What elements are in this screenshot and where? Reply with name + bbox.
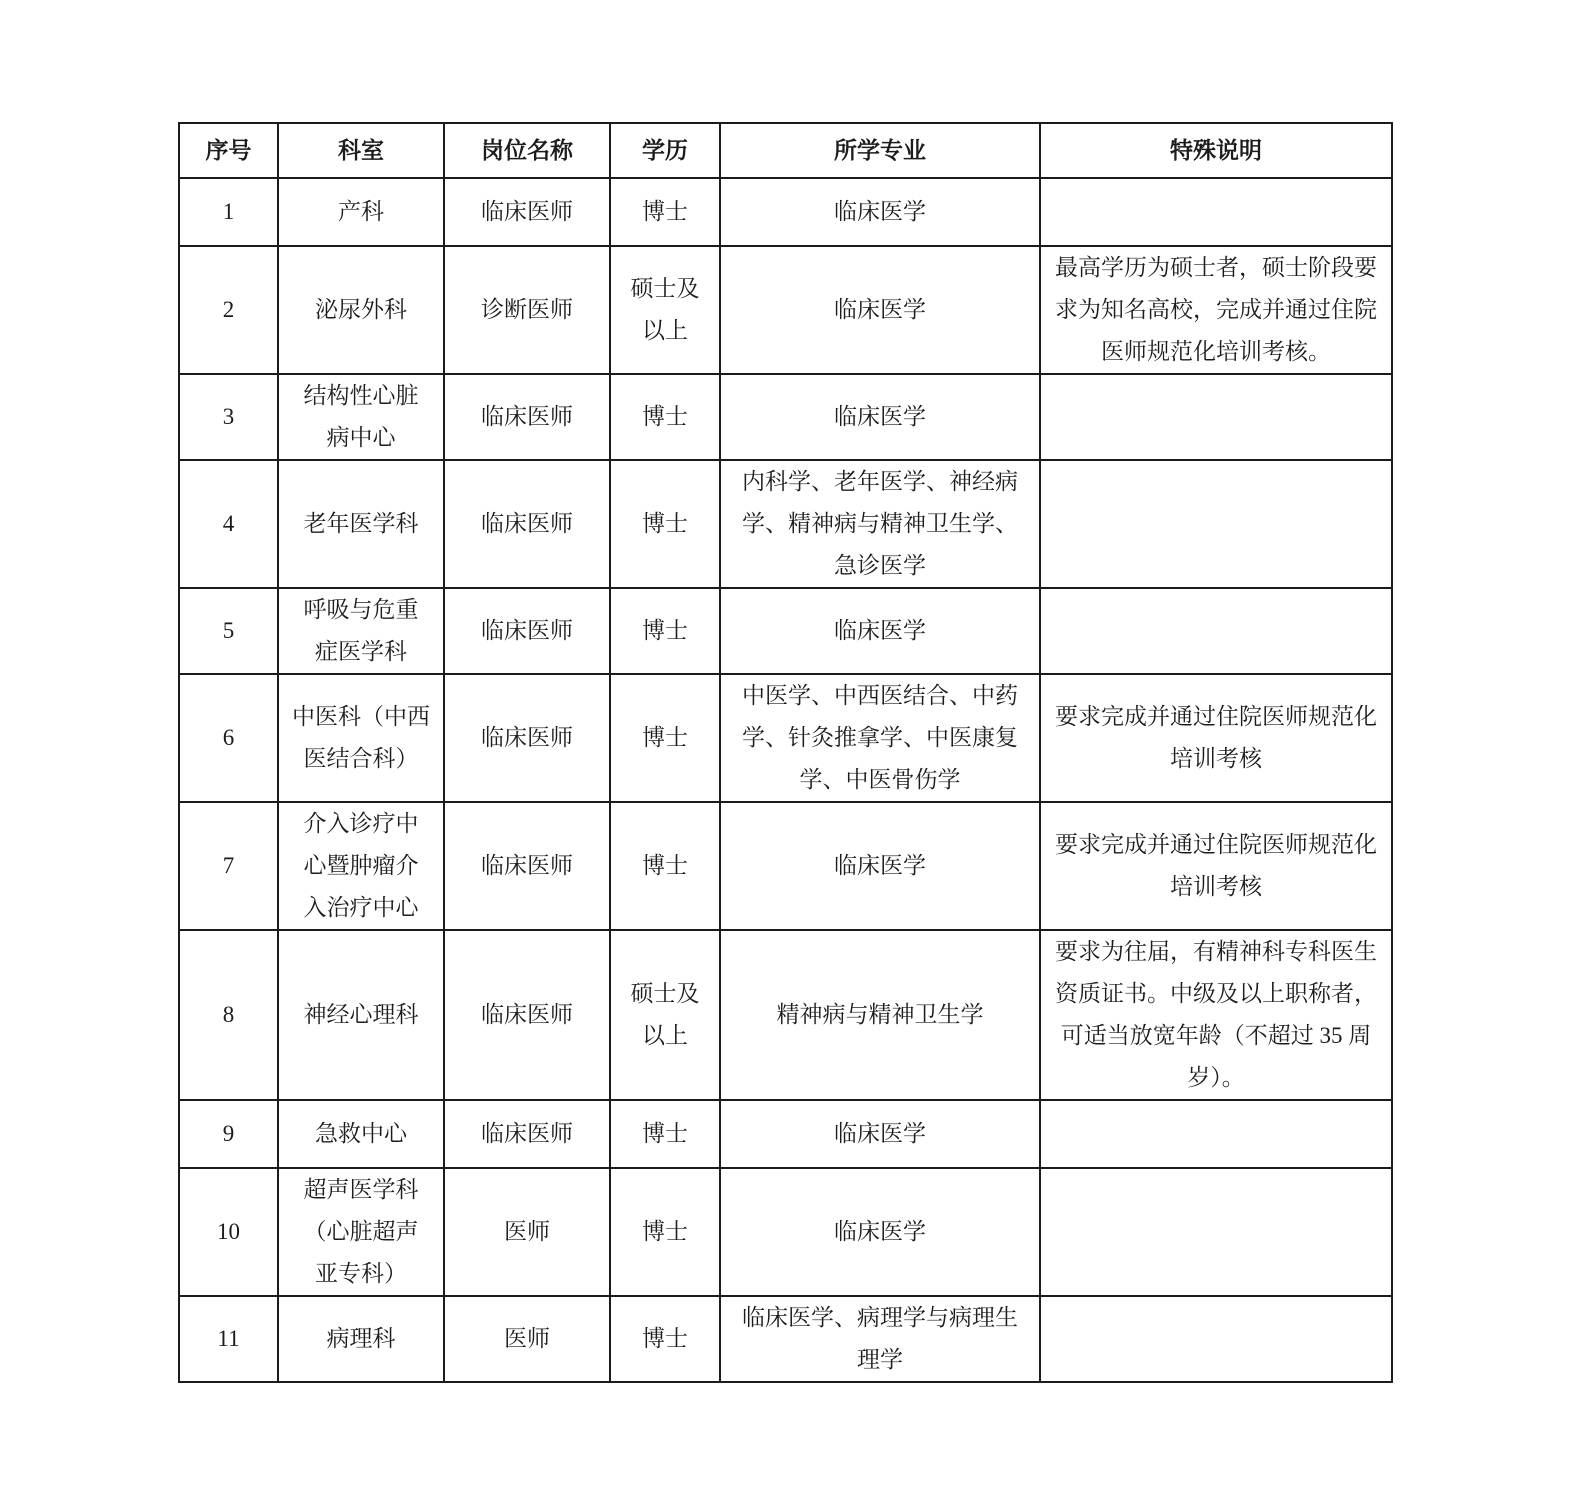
col-header-position: 岗位名称 <box>444 123 610 178</box>
cell-no: 2 <box>179 246 278 374</box>
cell-notes <box>1040 588 1392 674</box>
recruitment-positions-table: 序号 科室 岗位名称 学历 所学专业 特殊说明 1 产科 临床医师 博士 临床医… <box>178 122 1393 1383</box>
cell-degree: 博士 <box>610 1100 720 1168</box>
cell-dept: 老年医学科 <box>278 460 444 588</box>
cell-dept: 神经心理科 <box>278 930 444 1100</box>
table-row: 4 老年医学科 临床医师 博士 内科学、老年医学、神经病 学、精神病与精神卫生学… <box>179 460 1392 588</box>
table-row: 2 泌尿外科 诊断医师 硕士及 以上 临床医学 最高学历为硕士者，硕士阶段要 求… <box>179 246 1392 374</box>
cell-position: 临床医师 <box>444 588 610 674</box>
cell-no: 5 <box>179 588 278 674</box>
cell-position: 临床医师 <box>444 178 610 246</box>
cell-position: 诊断医师 <box>444 246 610 374</box>
col-header-notes: 特殊说明 <box>1040 123 1392 178</box>
table-row: 9 急救中心 临床医师 博士 临床医学 <box>179 1100 1392 1168</box>
cell-major: 临床医学、病理学与病理生 理学 <box>720 1296 1040 1382</box>
cell-no: 6 <box>179 674 278 802</box>
table-row: 1 产科 临床医师 博士 临床医学 <box>179 178 1392 246</box>
header-row: 序号 科室 岗位名称 学历 所学专业 特殊说明 <box>179 123 1392 178</box>
cell-degree: 硕士及 以上 <box>610 246 720 374</box>
table-row: 5 呼吸与危重 症医学科 临床医师 博士 临床医学 <box>179 588 1392 674</box>
cell-no: 1 <box>179 178 278 246</box>
cell-notes: 要求完成并通过住院医师规范化 培训考核 <box>1040 802 1392 930</box>
table-row: 7 介入诊疗中 心暨肿瘤介 入治疗中心 临床医师 博士 临床医学 要求完成并通过… <box>179 802 1392 930</box>
cell-position: 临床医师 <box>444 374 610 460</box>
cell-major: 临床医学 <box>720 374 1040 460</box>
cell-no: 9 <box>179 1100 278 1168</box>
table-row: 8 神经心理科 临床医师 硕士及 以上 精神病与精神卫生学 要求为往届，有精神科… <box>179 930 1392 1100</box>
cell-notes: 要求完成并通过住院医师规范化 培训考核 <box>1040 674 1392 802</box>
col-header-degree: 学历 <box>610 123 720 178</box>
cell-no: 3 <box>179 374 278 460</box>
cell-major: 临床医学 <box>720 178 1040 246</box>
cell-degree: 博士 <box>610 178 720 246</box>
table-body: 1 产科 临床医师 博士 临床医学 2 泌尿外科 诊断医师 硕士及 以上 临床医… <box>179 178 1392 1382</box>
table-row: 3 结构性心脏 病中心 临床医师 博士 临床医学 <box>179 374 1392 460</box>
cell-degree: 硕士及 以上 <box>610 930 720 1100</box>
cell-no: 7 <box>179 802 278 930</box>
cell-dept: 病理科 <box>278 1296 444 1382</box>
cell-dept: 结构性心脏 病中心 <box>278 374 444 460</box>
col-header-dept: 科室 <box>278 123 444 178</box>
cell-dept: 泌尿外科 <box>278 246 444 374</box>
cell-dept: 产科 <box>278 178 444 246</box>
table-row: 10 超声医学科 （心脏超声 亚专科） 医师 博士 临床医学 <box>179 1168 1392 1296</box>
cell-position: 临床医师 <box>444 802 610 930</box>
cell-degree: 博士 <box>610 460 720 588</box>
cell-major: 中医学、中西医结合、中药 学、针灸推拿学、中医康复 学、中医骨伤学 <box>720 674 1040 802</box>
table-row: 6 中医科（中西 医结合科） 临床医师 博士 中医学、中西医结合、中药 学、针灸… <box>179 674 1392 802</box>
cell-position: 临床医师 <box>444 460 610 588</box>
cell-no: 11 <box>179 1296 278 1382</box>
cell-dept: 介入诊疗中 心暨肿瘤介 入治疗中心 <box>278 802 444 930</box>
cell-major: 临床医学 <box>720 588 1040 674</box>
cell-no: 10 <box>179 1168 278 1296</box>
cell-degree: 博士 <box>610 1168 720 1296</box>
cell-notes <box>1040 1100 1392 1168</box>
table-row: 11 病理科 医师 博士 临床医学、病理学与病理生 理学 <box>179 1296 1392 1382</box>
cell-major: 临床医学 <box>720 246 1040 374</box>
cell-notes <box>1040 460 1392 588</box>
cell-degree: 博士 <box>610 374 720 460</box>
cell-notes <box>1040 178 1392 246</box>
cell-degree: 博士 <box>610 588 720 674</box>
cell-major: 临床医学 <box>720 802 1040 930</box>
cell-dept: 超声医学科 （心脏超声 亚专科） <box>278 1168 444 1296</box>
cell-position: 临床医师 <box>444 930 610 1100</box>
cell-degree: 博士 <box>610 802 720 930</box>
cell-no: 8 <box>179 930 278 1100</box>
cell-notes <box>1040 1168 1392 1296</box>
cell-degree: 博士 <box>610 1296 720 1382</box>
cell-no: 4 <box>179 460 278 588</box>
cell-notes: 最高学历为硕士者，硕士阶段要 求为知名高校，完成并通过住院 医师规范化培训考核。 <box>1040 246 1392 374</box>
cell-dept: 急救中心 <box>278 1100 444 1168</box>
cell-major: 精神病与精神卫生学 <box>720 930 1040 1100</box>
cell-notes <box>1040 374 1392 460</box>
cell-dept: 呼吸与危重 症医学科 <box>278 588 444 674</box>
col-header-no: 序号 <box>179 123 278 178</box>
cell-position: 医师 <box>444 1168 610 1296</box>
cell-position: 临床医师 <box>444 674 610 802</box>
cell-major: 内科学、老年医学、神经病 学、精神病与精神卫生学、 急诊医学 <box>720 460 1040 588</box>
cell-position: 医师 <box>444 1296 610 1382</box>
cell-notes: 要求为往届，有精神科专科医生 资质证书。中级及以上职称者， 可适当放宽年龄（不超… <box>1040 930 1392 1100</box>
cell-major: 临床医学 <box>720 1168 1040 1296</box>
cell-dept: 中医科（中西 医结合科） <box>278 674 444 802</box>
col-header-major: 所学专业 <box>720 123 1040 178</box>
cell-position: 临床医师 <box>444 1100 610 1168</box>
cell-degree: 博士 <box>610 674 720 802</box>
cell-major: 临床医学 <box>720 1100 1040 1168</box>
cell-notes <box>1040 1296 1392 1382</box>
